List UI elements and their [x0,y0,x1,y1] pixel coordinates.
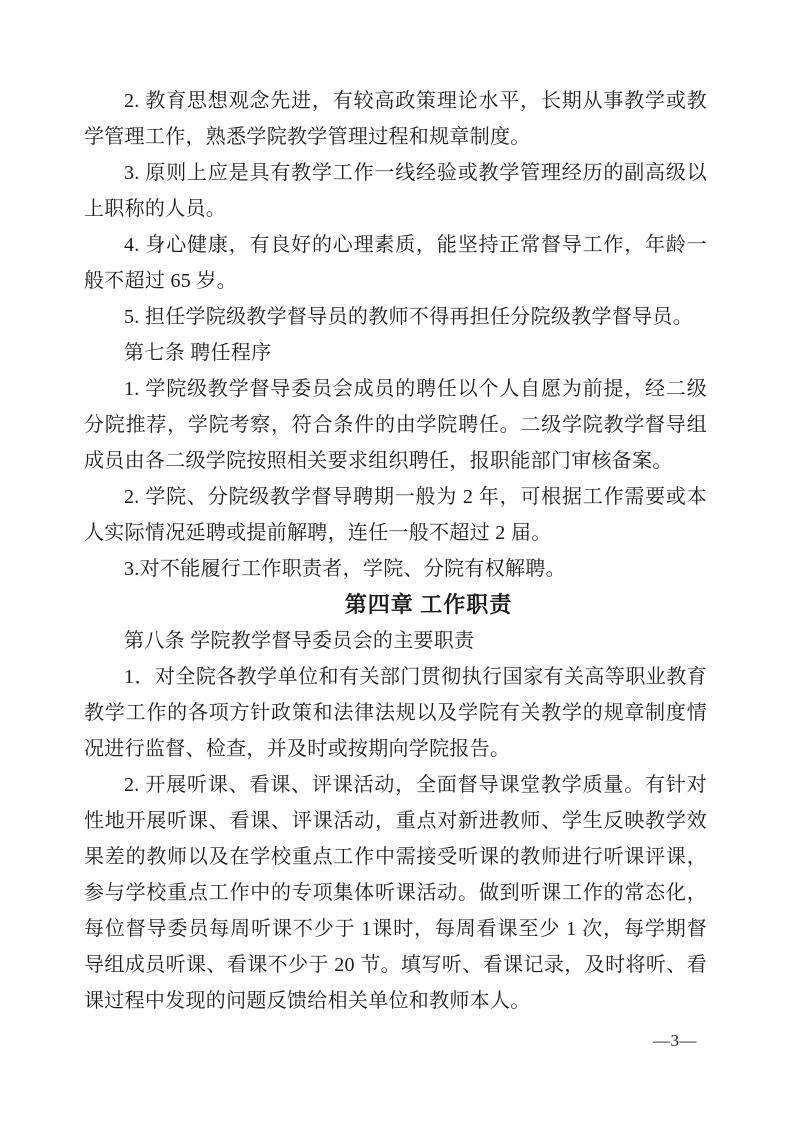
clause-appointment-1: 1. 学院级教学督导委员会成员的聘任以个人自愿为前提，经二级分院推荐，学院考察，… [84,371,707,479]
clause-qualification-5: 5. 担任学院级教学督导员的教师不得再担任分院级教学督导员。 [84,299,707,335]
clause-qualification-3: 3. 原则上应是具有教学工作一线经验或教学管理经历的副高级以上职称的人员。 [84,155,707,227]
article-8-title: 第八条 学院教学督导委员会的主要职责 [84,623,707,659]
article-7-title: 第七条 聘任程序 [84,335,707,371]
chapter-4-heading: 第四章 工作职责 [84,587,707,623]
clause-duty-1: 1．对全院各教学单位和有关部门贯彻执行国家有关高等职业教育教学工作的各项方针政策… [84,659,707,767]
document-page: 2. 教育思想观念先进，有较高政策理论水平，长期从事教学或教学管理工作，熟悉学院… [0,0,793,1122]
document-body: 2. 教育思想观念先进，有较高政策理论水平，长期从事教学或教学管理工作，熟悉学院… [84,83,707,1019]
clause-appointment-3: 3.对不能履行工作职责者，学院、分院有权解聘。 [84,551,707,587]
clause-qualification-2: 2. 教育思想观念先进，有较高政策理论水平，长期从事教学或教学管理工作，熟悉学院… [84,83,707,155]
clause-qualification-4: 4. 身心健康，有良好的心理素质，能坚持正常督导工作，年龄一般不超过 65 岁。 [84,227,707,299]
page-number: —3— [0,1030,697,1052]
clause-duty-2: 2. 开展听课、看课、评课活动，全面督导课堂教学质量。有针对性地开展听课、看课、… [84,767,707,1019]
clause-appointment-2: 2. 学院、分院级教学督导聘期一般为 2 年，可根据工作需要或本人实际情况延聘或… [84,479,707,551]
